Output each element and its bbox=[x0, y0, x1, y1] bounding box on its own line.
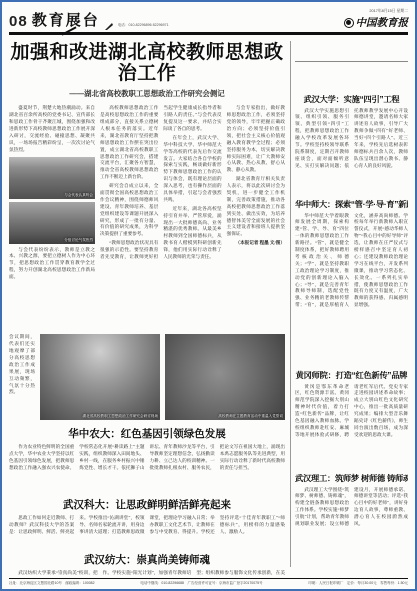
body-text: 武汉理工大学围绕“筑师梦、树师德、铸师魂”，构建全链条教师思想政治工作体系。学校… bbox=[295, 487, 408, 528]
photo-caption: 与会代表认真听会 bbox=[64, 193, 93, 198]
footer-address: 社址：北京海淀区文慧园北路10号 邮政编码：100082 bbox=[9, 581, 95, 586]
body-text: 高校教师思想政治工作是高校思想政治工作的重要组成部分，直接关系立德树人根本任务的… bbox=[100, 105, 158, 181]
section-name: 教育展台 bbox=[32, 9, 100, 30]
header-rule bbox=[9, 32, 408, 35]
sidebar-body: 黄冈是鄂东革命老区，红色资源丰富。黄冈师范学院深入挖掘大别山精神时代价值，着力打… bbox=[295, 384, 408, 466]
main-body: 盛夏时节，荆楚大地热潮涌动。来自湖北省百余所高校的党委书记、宣传部长和思政工作骨… bbox=[9, 105, 285, 329]
body-text: 武汉纺织大学秉承“崇真尚美”校训，把求真精神与审美情怀融入教师思想政治工作。学校… bbox=[9, 570, 285, 574]
column-divider bbox=[290, 41, 291, 567]
photo-large-1: 湖北省高校教职工思想政治工作研究会研讨现场 bbox=[40, 334, 160, 420]
main-subtitle: ——湖北省高校教职工思想政治工作研究会侧记 bbox=[9, 88, 285, 99]
section-body: 思政工作如何走近教师、打动教师？武汉科技大学的答案是：让思政鲜明、鲜活、鲜亮起来… bbox=[9, 515, 285, 546]
section-hzau: 华中农大：红色基因引领绿色发展 作为农业特色鲜明的全国重点大学，华中农业大学坚持… bbox=[9, 426, 285, 491]
masthead-title: 中国教育报 bbox=[356, 15, 409, 30]
main-headline: 加强和改进湖北高校教师思想政治工作 bbox=[9, 42, 285, 86]
date-line: 2017年8月15日 星期二 bbox=[344, 9, 409, 14]
photo-caption: 高校教师在主题教育活动中重温入党誓词 bbox=[218, 414, 283, 419]
photo-large-2: 高校教师在主题教育活动中重温入党誓词 bbox=[165, 334, 285, 420]
section-wust: 武汉科大：让思政鲜明鲜活鲜亮起来 思政工作如何走近教师、打动教师？武汉科技大学的… bbox=[9, 497, 285, 546]
body-text: 华中师范大学着眼教师发展全周期，探索构建“管、学、导、育”四位一体的教师思想政治… bbox=[295, 213, 408, 309]
body-text: 黄冈是鄂东革命老区，红色资源丰富。黄冈师范学院深入挖掘大别山精神时代价值，着力打… bbox=[295, 384, 408, 439]
sidebar-title: 华中师大：探索“管·学·导·育”新路径 bbox=[295, 199, 408, 210]
section-title: 华中农大：红色基因引领绿色发展 bbox=[9, 426, 285, 441]
main-column-1: 盛夏时节，荆楚大地热潮涌动。来自湖北省百余所高校的党委书记、宣传部长和思政工作骨… bbox=[9, 105, 95, 329]
section-body: 作为农业特色鲜明的全国重点大学，华中农业大学坚持以红色基因引领绿色发展，把教师思… bbox=[9, 444, 285, 491]
photo-row: 会议期间，代表们还实地观摩了部分高校思想政治工作成果展，现场互动频繁，气氛十分热… bbox=[9, 334, 285, 420]
footer-pricing: 印刷：人民日报印刷厂 定价：每月30.00元 零售每份：1.50元 bbox=[308, 581, 408, 586]
section-title: 武汉纺大：崇真尚美铸师魂 bbox=[9, 552, 285, 567]
page-number: 08 bbox=[9, 13, 28, 30]
sidebar-body: 武汉大学实施思想引领、组织引领、服务引领、典型引领“四引”工程，把教师思想政治工… bbox=[295, 108, 408, 192]
masthead-emblem bbox=[344, 18, 354, 28]
main-article-area: 加强和改进湖北高校教师思想政治工作 ——湖北省高校教职工思想政治工作研究会侧记 … bbox=[9, 37, 285, 575]
pen-icon bbox=[104, 18, 114, 28]
sidebar-article-ccnu: 华中师大：探索“管·学·导·育”新路径 华中师范大学着眼教师发展全周期，探索构建… bbox=[295, 199, 408, 363]
page-footer: 社址：北京海淀区文慧园北路10号 邮政编码：100082 电话中继线：010-8… bbox=[9, 578, 408, 586]
sidebar: 武汉大学：实施“四引”工程 武汉大学实施思想引领、组织引领、服务引领、典型引领“… bbox=[295, 61, 408, 575]
body-text: 与会代表纷纷表示，教师是立教之本、兴教之源，要把立德树人作为中心环节，把思想政治… bbox=[9, 247, 95, 281]
sidebar-title: 武汉大学：实施“四引”工程 bbox=[295, 94, 408, 105]
section-wtu: 武汉纺大：崇真尚美铸师魂 武汉纺织大学秉承“崇真尚美”校训，把求真精神与审美情怀… bbox=[9, 552, 285, 574]
sidebar-title: 黄冈师院：打造“红色新传”品牌 bbox=[295, 370, 408, 381]
sidebar-body: 华中师范大学着眼教师发展全周期，探索构建“管、学、导、育”四位一体的教师思想政治… bbox=[295, 213, 408, 363]
body-text: 作为农业特色鲜明的全国重点大学，华中农业大学坚持以红色基因引领绿色发展，把教师思… bbox=[9, 444, 285, 472]
body-text: 与会专家指出，做好教师思想政治工作，必须坚持党的领导，牢牢把握正确政治方向；必须… bbox=[227, 105, 285, 174]
page-header: 08 教育展台 电话：010-82296896 82296971 2017年8月… bbox=[9, 7, 408, 30]
section-contact: 电话：010-82296896 82296971 bbox=[118, 23, 169, 28]
body-text: 研究会自成立以来，全面贯彻全国高校思想政治工作会议精神，围绕师德师风建设、青年教… bbox=[100, 183, 158, 238]
body-text: 会议期间，代表们还实地观摩了部分高校思想政治工作成果展，现场互动频繁，气氛十分热… bbox=[9, 334, 35, 420]
newspaper-page: 08 教育展台 电话：010-82296896 82296971 2017年8月… bbox=[0, 0, 417, 591]
photo-caption: 湖北省高校教职工思想政治工作研究会研讨现场 bbox=[83, 414, 158, 419]
body-text: 在年会上，武汉大学、华中科技大学、华中师范大学等高校的代表先后作交流发言。大家结… bbox=[163, 135, 221, 204]
sidebar-article-whut: 武汉理工：筑师梦 树师德 铸师魂 武汉理工大学围绕“筑师梦、树师德、铸师魂”，构… bbox=[295, 473, 408, 547]
section-title: 武汉科大：让思政鲜明鲜活鲜亮起来 bbox=[9, 497, 285, 512]
section-body: 武汉纺织大学秉承“崇真尚美”校训，把求真精神与审美情怀融入教师思想政治工作。学校… bbox=[9, 570, 285, 574]
body-text: 武汉大学实施思想引领、组织引领、服务引领、典型引领“四引”工程，把教师思想政治工… bbox=[295, 108, 408, 170]
photo-small-1: 与会代表认真听会 bbox=[9, 157, 95, 199]
body-text: 思政工作如何走近教师、打动教师？武汉科技大学的答案是：让思政鲜明、鲜活、鲜亮起来… bbox=[9, 515, 285, 536]
masthead: 中国教育报 bbox=[344, 15, 409, 30]
sidebar-article-hgnu: 黄冈师院：打造“红色新传”品牌 黄冈是鄂东革命老区，红色资源丰富。黄冈师范学院深… bbox=[295, 370, 408, 466]
body-text: 湖北省教育厅相关负责人表示，将以此次研讨会为契机，进一步健全工作机制，完善政策措… bbox=[227, 176, 285, 238]
headline-block: 加强和改进湖北高校教师思想政治工作 ——湖北省高校教职工思想政治工作研究会侧记 bbox=[9, 42, 285, 100]
body-text: 近年来，湖北各高校坚持引育并举、严管厚爱，涌现出一大批师德高尚、业务精湛的优秀教… bbox=[163, 206, 221, 261]
footer-contact: 电话中继线：010-82296688 广告经营许可证号：京海市监广登字20170… bbox=[140, 581, 262, 586]
sidebar-body: 武汉理工大学围绕“筑师梦、树师德、铸师魂”，构建全链条教师思想政治工作体系。学校… bbox=[295, 487, 408, 547]
main-columns-rest: 高校教师思想政治工作是高校思想政治工作的重要组成部分，直接关系立德树人根本任务的… bbox=[100, 105, 285, 329]
photo-small-2: 分组讨论气氛热烈 bbox=[9, 202, 95, 244]
article-credit: （本报记者 程墨 文/图） bbox=[227, 240, 285, 247]
photo-caption: 分组讨论气氛热烈 bbox=[64, 238, 93, 243]
sidebar-title: 武汉理工：筑师梦 树师德 铸师魂 bbox=[295, 473, 408, 484]
body-text: 盛夏时节，荆楚大地热潮涌动。来自湖北省百余所高校的党委书记、宣传部长和思政工作骨… bbox=[9, 105, 95, 153]
sidebar-article-whu: 武汉大学：实施“四引”工程 武汉大学实施思想引领、组织引领、服务引领、典型引领“… bbox=[295, 94, 408, 192]
